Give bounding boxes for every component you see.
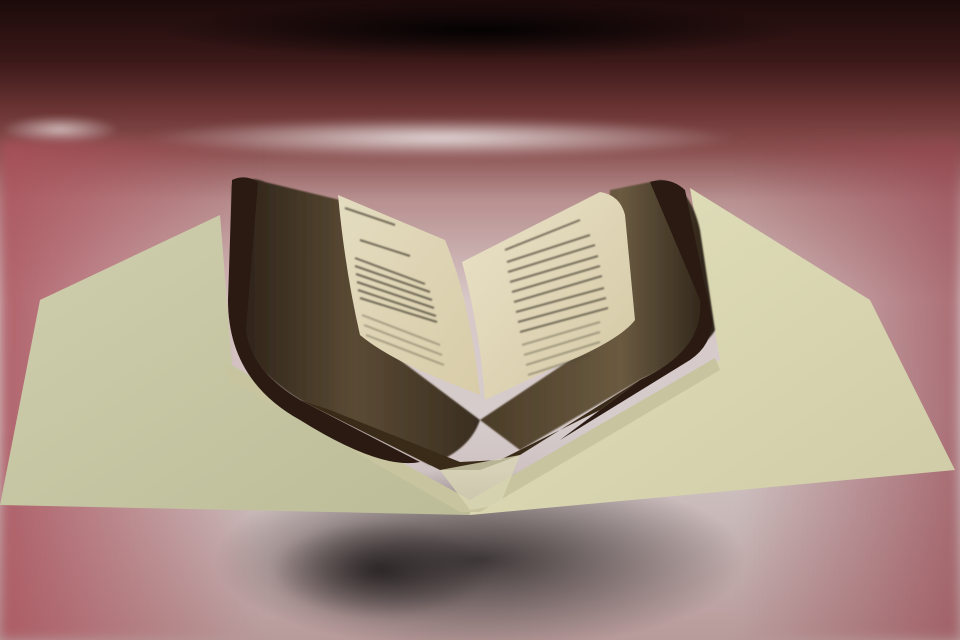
photo-scene [0,0,960,640]
book-on-stand [0,0,960,640]
